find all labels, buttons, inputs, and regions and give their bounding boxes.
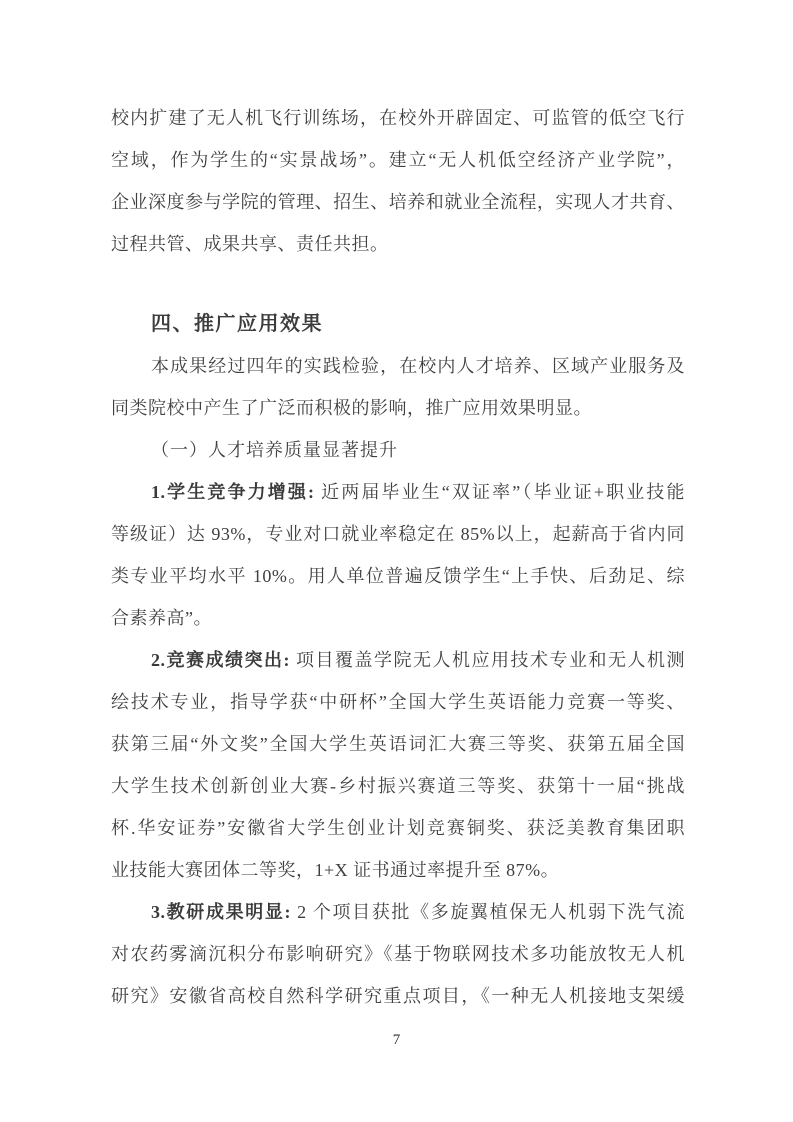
body-line: 企业深度参与学院的管理、招生、培养和就业全流程，实现人才共育、 [111,181,685,223]
body-line: 同类院校中产生了广泛而积极的影响，推广应用效果明显。 [111,387,685,429]
body-line: 校内扩建了无人机飞行训练场，在校外开辟固定、可监管的低空飞行 [111,97,685,139]
body-text: 近两届毕业生“双证率”（毕业证+职业技能 [314,482,685,502]
body-line: 杯.华安证券”安徽省大学生创业计划竞赛铜奖、获泛美教育集团职 [111,807,685,849]
body-line: 合素养高”。 [111,597,685,639]
body-text: 项目覆盖学院无人机应用技术专业和无人机测 [290,650,685,670]
body-line: 绘技术专业，指导学获“中研杯”全国大学生英语能力竞赛一等奖、 [111,681,685,723]
subsection-heading: （一）人才培养质量显著提升 [111,429,685,471]
body-line: 2.竞赛成绩突出: 项目覆盖学院无人机应用技术专业和无人机测 [111,639,685,681]
body-line: 空域，作为学生的“实景战场”。建立“无人机低空经济产业学院”， [111,139,685,181]
paragraph-lead: 2.竞赛成绩突出: [151,650,290,670]
paragraph-lead: 3.教研成果明显: [151,902,291,922]
body-line: 研究》安徽省高校自然科学研究重点项目，《一种无人机接地支架缓 [111,975,685,1017]
paragraph-lead: 1.学生竞争力增强: [151,482,314,502]
body-line: 类专业平均水平 10%。用人单位普遍反馈学生“上手快、后劲足、综 [111,555,685,597]
page-content: 校内扩建了无人机飞行训练场，在校外开辟固定、可监管的低空飞行 空域，作为学生的“… [111,97,685,1017]
body-line: 业技能大赛团体二等奖，1+X 证书通过率提升至 87%。 [111,849,685,891]
body-line: 等级证）达 93%，专业对口就业率稳定在 85%以上，起薪高于省内同 [111,513,685,555]
document-page: 校内扩建了无人机飞行训练场，在校外开辟固定、可监管的低空飞行 空域，作为学生的“… [0,0,793,1122]
body-line: 本成果经过四年的实践检验，在校内人才培养、区域产业服务及 [111,345,685,387]
section-heading: 四、推广应用效果 [111,303,685,345]
body-line: 对农药雾滴沉积分布影响研究》《基于物联网技术多功能放牧无人机 [111,933,685,975]
body-text: 2 个项目获批《多旋翼植保无人机弱下洗气流 [291,902,685,922]
body-line: 3.教研成果明显: 2 个项目获批《多旋翼植保无人机弱下洗气流 [111,891,685,933]
body-line: 获第三届“外文奖”全国大学生英语词汇大赛三等奖、获第五届全国 [111,723,685,765]
body-line: 大学生技术创新创业大赛-乡村振兴赛道三等奖、获第十一届“挑战 [111,765,685,807]
body-line: 过程共管、成果共享、责任共担。 [111,223,685,265]
page-number: 7 [0,1032,793,1049]
body-line: 1.学生竞争力增强: 近两届毕业生“双证率”（毕业证+职业技能 [111,471,685,513]
